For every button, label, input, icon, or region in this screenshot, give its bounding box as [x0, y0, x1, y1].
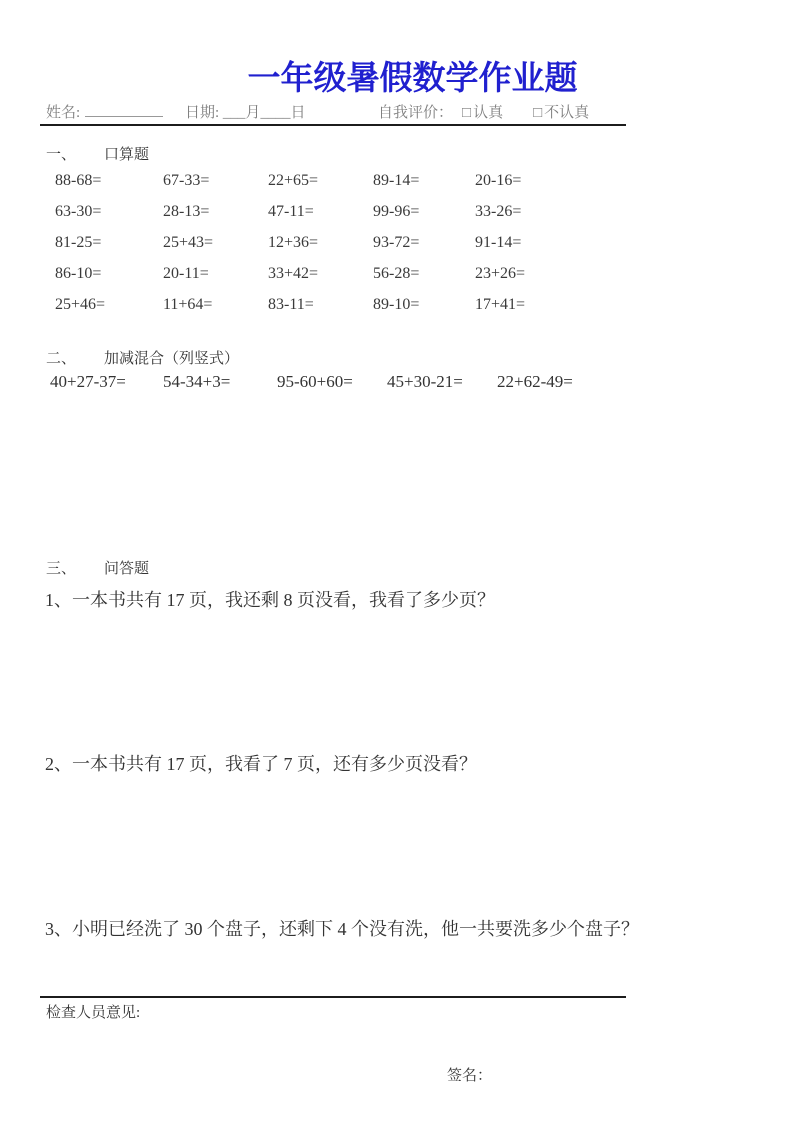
section-one-heading: 一、口算题	[46, 143, 149, 164]
section-three-title: 问答题	[104, 561, 149, 577]
word-problem-1: 1、一本书共有 17 页，我还剩 8 页没看，我看了多少页？	[45, 586, 755, 612]
math-problem: 67-33=	[163, 165, 268, 196]
math-problem: 20-16=	[475, 165, 575, 196]
math-problem: 99-96=	[373, 196, 475, 227]
oral-problems-grid: 88-68= 67-33= 22+65= 89-14= 20-16= 63-30…	[55, 165, 575, 320]
math-problem: 22+65=	[268, 165, 373, 196]
math-problem: 56-28=	[373, 258, 475, 289]
math-problem: 25+43=	[163, 227, 268, 258]
section-one-title: 口算题	[104, 147, 149, 163]
month-label: 月	[245, 105, 260, 121]
section-two-number: 二、	[46, 351, 76, 367]
checkbox-icon: □	[462, 105, 471, 121]
math-problem: 95-60+60=	[277, 372, 387, 392]
section-three-number: 三、	[46, 561, 76, 577]
math-problem: 17+41=	[475, 289, 575, 320]
header-divider	[40, 124, 626, 126]
date-field: 日期: ___月____日	[185, 101, 305, 122]
inspector-comments-label: 检查人员意见:	[46, 1001, 140, 1022]
math-problem: 25+46=	[55, 289, 163, 320]
section-three-heading: 三、问答题	[46, 557, 149, 578]
option-serious-label: 认真	[473, 105, 503, 121]
form-header: 姓名: 日期: ___月____日 自我评价：□认真□不认真	[0, 101, 793, 123]
footer-divider	[40, 996, 626, 998]
name-field: 姓名:	[46, 101, 163, 122]
math-problem: 83-11=	[268, 289, 373, 320]
worksheet-page: 一年级暑假数学作业题 姓名: 日期: ___月____日 自我评价：□认真□不认…	[0, 0, 793, 1122]
section-two-heading: 二、加减混合（列竖式）	[46, 347, 239, 368]
math-problem: 33+42=	[268, 258, 373, 289]
math-problem: 45+30-21=	[387, 372, 497, 392]
section-one-number: 一、	[46, 147, 76, 163]
word-problem-3: 3、小明已经洗了 30 个盘子，还剩下 4 个没有洗，他一共要洗多少个盘子？	[45, 915, 755, 941]
checkbox-icon: □	[533, 105, 542, 121]
math-problem: 28-13=	[163, 196, 268, 227]
math-problem: 11+64=	[163, 289, 268, 320]
math-problem: 33-26=	[475, 196, 575, 227]
math-problem: 93-72=	[373, 227, 475, 258]
math-problem: 23+26=	[475, 258, 575, 289]
checkbox-serious: □认真	[462, 105, 503, 121]
math-problem: 22+62-49=	[497, 372, 573, 392]
self-eval-field: 自我评价：□认真□不认真	[378, 101, 589, 122]
self-eval-label: 自我评价：	[378, 105, 453, 121]
math-problem: 12+36=	[268, 227, 373, 258]
name-blank-line	[85, 102, 163, 117]
month-blank-line: ___	[223, 105, 246, 121]
section-two-title: 加减混合（列竖式）	[104, 351, 239, 367]
page-title: 一年级暑假数学作业题	[40, 52, 785, 99]
math-problem: 54-34+3=	[163, 372, 277, 392]
math-problem: 89-14=	[373, 165, 475, 196]
math-problem: 20-11=	[163, 258, 268, 289]
day-label: 日	[290, 105, 305, 121]
checkbox-not-serious: □不认真	[533, 105, 589, 121]
date-label: 日期:	[185, 105, 219, 121]
day-blank-line: ____	[260, 105, 290, 121]
math-problem: 63-30=	[55, 196, 163, 227]
math-problem: 88-68=	[55, 165, 163, 196]
math-problem: 86-10=	[55, 258, 163, 289]
word-problem-2: 2、一本书共有 17 页，我看了 7 页，还有多少页没看？	[45, 750, 755, 776]
option-not-serious-label: 不认真	[544, 105, 589, 121]
math-problem: 47-11=	[268, 196, 373, 227]
mixed-problems-row: 40+27-37= 54-34+3= 95-60+60= 45+30-21= 2…	[50, 372, 573, 392]
math-problem: 89-10=	[373, 289, 475, 320]
name-label: 姓名:	[46, 105, 80, 121]
math-problem: 40+27-37=	[50, 372, 163, 392]
math-problem: 91-14=	[475, 227, 575, 258]
signature-label: 签名：	[447, 1064, 492, 1085]
math-problem: 81-25=	[55, 227, 163, 258]
